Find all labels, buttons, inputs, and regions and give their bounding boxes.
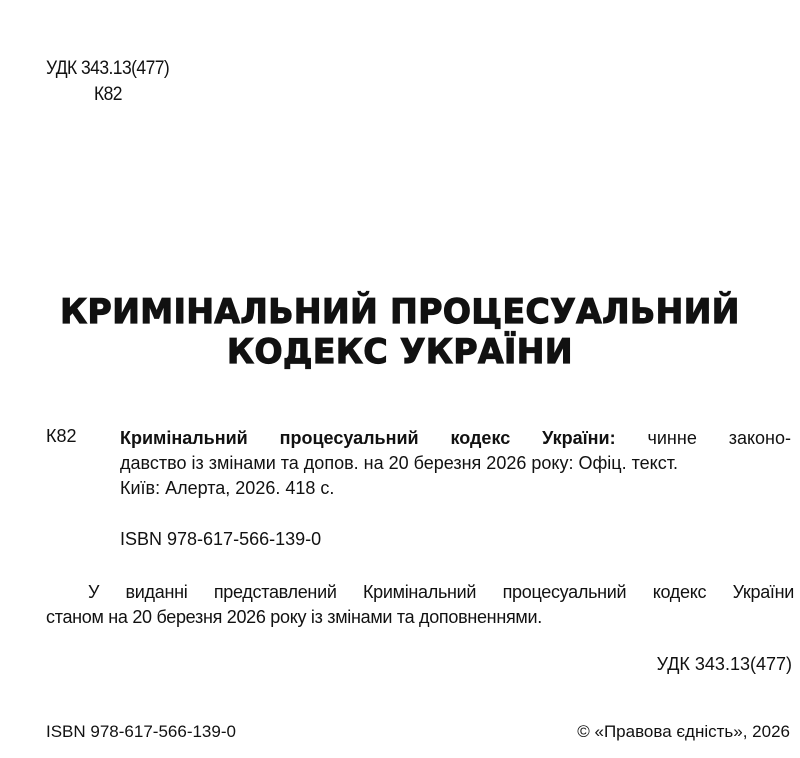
annotation-line-2: станом на 20 березня 2026 року із змінам… [46,605,794,630]
footer-isbn: ISBN 978-617-566-139-0 [46,722,236,742]
bibliographic-code: К82 [46,426,77,447]
bibliographic-line-3: Київ: Алерта, 2026. 418 с. [120,476,791,501]
book-title-line-2: КОДЕКС УКРАЇНИ [12,333,788,371]
udk-classification: УДК 343.13(477) [46,58,169,80]
annotation: У виданні представлений Кримінальний про… [46,580,794,630]
author-sign: К82 [94,84,122,106]
annotation-line-1: У виданні представлений Кримінальний про… [46,580,794,605]
book-title-line-1: КРИМІНАЛЬНИЙ ПРОЦЕСУАЛЬНИЙ [12,293,788,331]
copyright-notice: © «Правова єдність», 2026 [577,722,790,742]
bibliographic-title: Кримінальний процесуальний кодекс Україн… [120,428,616,448]
bibliographic-description: Кримінальний процесуальний кодекс Україн… [120,426,791,501]
isbn: ISBN 978-617-566-139-0 [120,529,321,550]
bibliographic-line-1-rest: чинне законо- [648,428,792,448]
udk-bottom: УДК 343.13(477) [657,654,792,675]
bibliographic-line-2: давство із змінами та допов. на 20 берез… [120,451,791,476]
bibliographic-line-1: Кримінальний процесуальний кодекс Україн… [120,426,791,451]
